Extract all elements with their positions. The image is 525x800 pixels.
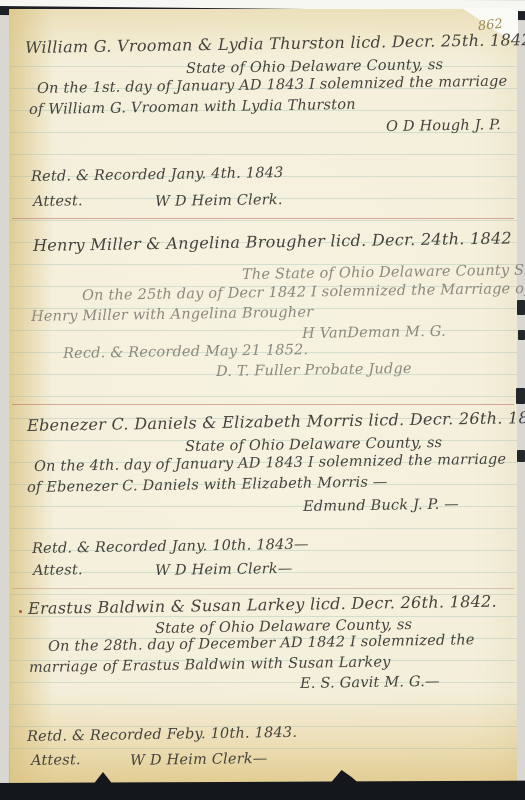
attestation-1-recorded: Retd. & Recorded Jany. 4th. 1843 (31, 165, 284, 185)
record-2-body-line-1: On the 25th day of Decr 1842 I solemnize… (82, 281, 525, 304)
book-edge-bottom (0, 781, 525, 800)
record-3-heading: Ebenezer C. Daniels & Elizabeth Morris l… (27, 408, 525, 435)
record-divider-3 (12, 588, 514, 589)
record-1-signature: O D Hough J. P. (386, 117, 501, 135)
record-1-body-line-2: of William G. Vrooman with Lydia Thursto… (29, 97, 356, 118)
record-4-heading: Erastus Baldwin & Susan Larkey licd. Dec… (28, 592, 497, 618)
record-divider-2 (12, 404, 514, 405)
attestation-2-recorded: Retd. & Recorded Jany. 10th. 1843— (32, 537, 309, 557)
record-3-body-line-2: of Ebenezer C. Daniels with Elizabeth Mo… (27, 474, 388, 496)
record-2-signature: H VanDeman M. G. (302, 324, 446, 342)
attestation-2-attest: Attest. (33, 562, 83, 579)
record-3-signature: Edmund Buck J. P. — (303, 497, 459, 515)
record-2-body-line-2: Henry Miller with Angelina Brougher (31, 305, 314, 325)
ledger-page: 862 William G. Vrooman & Lydia Thurston … (9, 9, 517, 787)
record-1-state-line: State of Ohio Delaware County, ss (186, 57, 444, 77)
record-4-signature: E. S. Gavit M. G.— (300, 674, 440, 692)
attestation-3-recorded: Retd. & Recorded Feby. 10th. 1843. (27, 725, 297, 745)
record-1-heading: William G. Vrooman & Lydia Thurston licd… (25, 30, 525, 57)
attestation-1-clerk: W D Heim Clerk. (155, 192, 283, 210)
attestation-2-clerk: W D Heim Clerk— (155, 561, 293, 579)
edge-mark (517, 300, 525, 315)
record-2-recorded-line: Recd. & Recorded May 21 1852. (63, 342, 309, 362)
record-4-body-line-1: On the 28th. day of December AD 1842 I s… (48, 632, 475, 655)
record-2-heading: Henry Miller & Angelina Brougher licd. D… (33, 228, 512, 255)
edge-mark (518, 330, 525, 340)
red-ink-dot (19, 610, 22, 613)
edge-mark (517, 450, 525, 462)
attestation-1-attest: Attest. (33, 193, 83, 210)
scan-photo: 862 William G. Vrooman & Lydia Thurston … (0, 0, 525, 800)
record-divider-1 (12, 218, 514, 219)
attestation-3-clerk: W D Heim Clerk— (130, 751, 268, 769)
edge-mark (516, 388, 525, 404)
attestation-3-attest: Attest. (31, 752, 81, 769)
record-1-body-line-1: On the 1st. day of January AD 1843 I sol… (37, 74, 508, 97)
record-3-state-line: State of Ohio Delaware County, ss (185, 435, 443, 455)
record-2-judge-signature: D. T. Fuller Probate Judge (216, 361, 412, 380)
record-2-state-line: The State of Ohio Delaware County Ss (242, 262, 525, 283)
record-4-body-line-2: marriage of Erastus Baldwin with Susan L… (29, 654, 391, 676)
record-3-body-line-1: On the 4th. day of January AD 1843 I sol… (34, 452, 506, 475)
